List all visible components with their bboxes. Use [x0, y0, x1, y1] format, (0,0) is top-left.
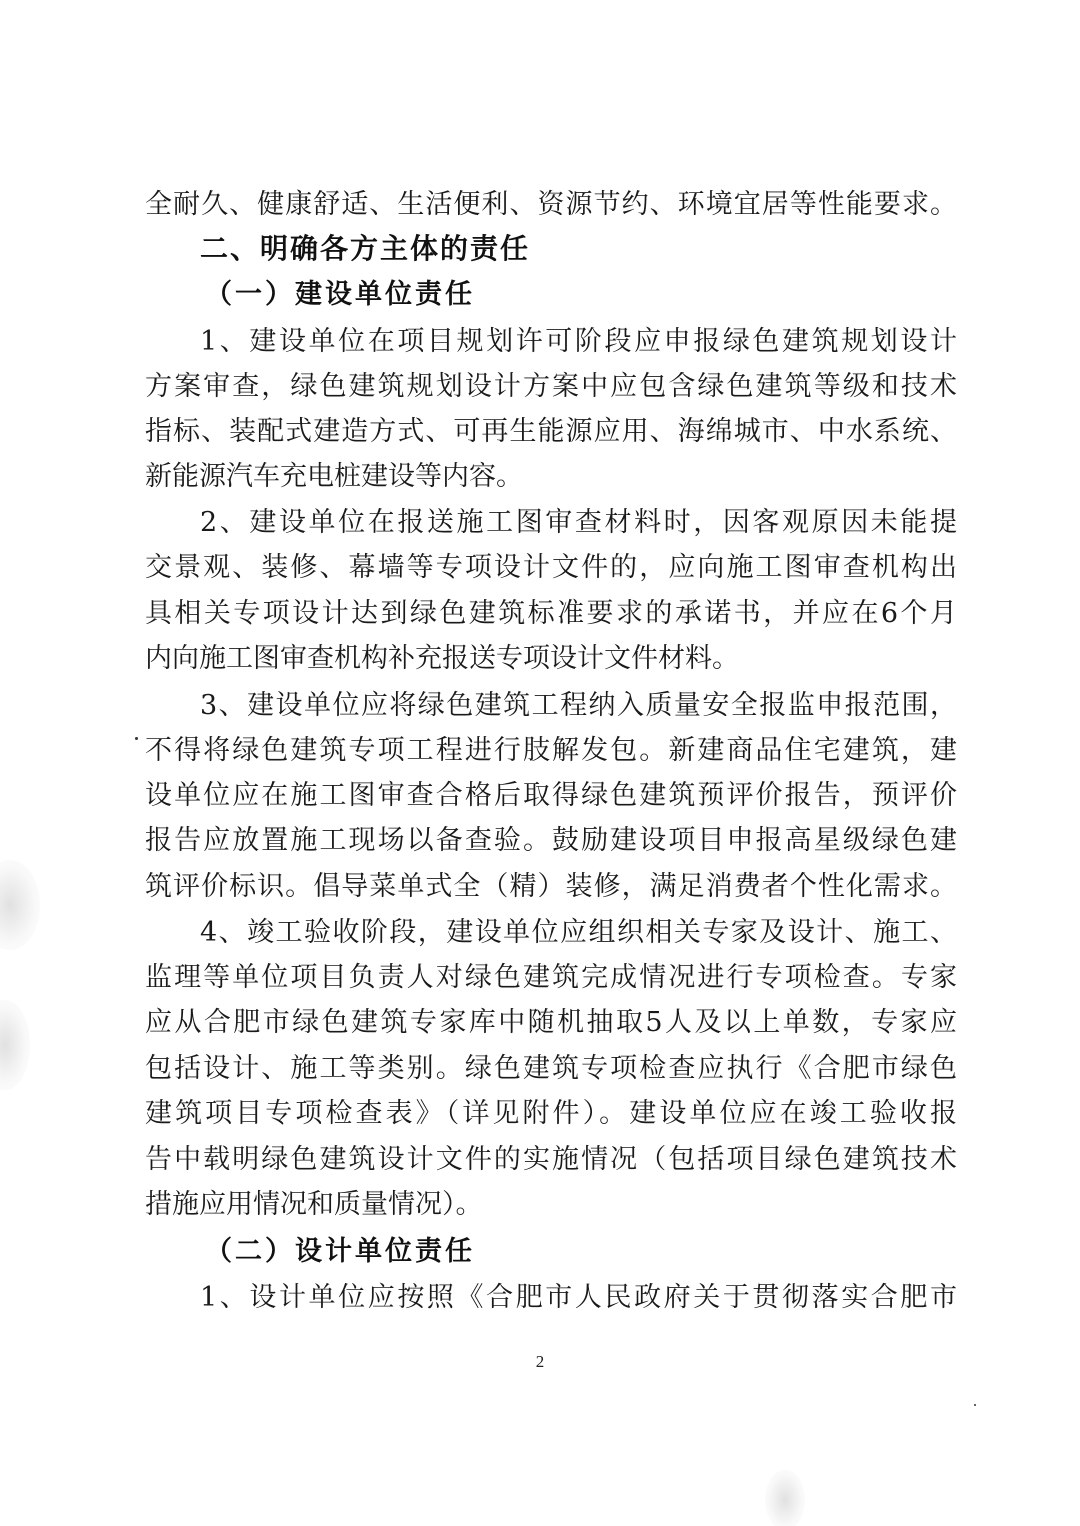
paragraph-line: 告中载明绿色建筑设计文件的实施情况（包括项目绿色建筑技术: [145, 1137, 957, 1182]
paragraph-line: 建筑项目专项检查表》（详见附件）。建设单位应在竣工验收报: [145, 1091, 957, 1136]
paragraph-line: 新能源汽车充电桩建设等内容。: [145, 454, 957, 499]
scan-smudge: [765, 1470, 805, 1526]
paragraph-line: 具相关专项设计达到绿色建筑标准要求的承诺书，并应在6个月: [145, 591, 957, 636]
scan-smudge: [0, 1000, 30, 1090]
paragraph-line: 筑评价标识。倡导菜单式全（精）装修，满足消费者个性化需求。: [145, 864, 957, 909]
paragraph-line: 全耐久、健康舒适、生活便利、资源节约、环境宜居等性能要求。: [145, 182, 957, 227]
scan-speck: [974, 1404, 976, 1406]
section-heading: 二、明确各方主体的责任: [200, 226, 530, 271]
subsection-heading: （二）设计单位责任: [205, 1229, 475, 1274]
paragraph-line: 3、建设单位应将绿色建筑工程纳入质量安全报监申报范围，: [200, 683, 957, 728]
paragraph-line: 2、建设单位在报送施工图审查材料时，因客观原因未能提: [200, 500, 957, 545]
paragraph-line: 设单位应在施工图审查合格后取得绿色建筑预评价报告，预评价: [145, 773, 957, 818]
paragraph-line: 交景观、装修、幕墙等专项设计文件的，应向施工图审查机构出: [145, 545, 957, 590]
paragraph-line: 包括设计、施工等类别。绿色建筑专项检查应执行《合肥市绿色: [145, 1046, 957, 1091]
paragraph-line: 1、建设单位在项目规划许可阶段应申报绿色建筑规划设计: [200, 319, 957, 364]
paragraph-line: 4、竣工验收阶段，建设单位应组织相关专家及设计、施工、: [200, 910, 957, 955]
paragraph-line: 指标、装配式建造方式、可再生能源应用、海绵城市、中水系统、: [145, 409, 957, 454]
scan-smudge: [0, 860, 40, 950]
paragraph-line: 方案审查，绿色建筑规划设计方案中应包含绿色建筑等级和技术: [145, 364, 957, 409]
page-number: 2: [530, 1352, 550, 1372]
document-page: 全耐久、健康舒适、生活便利、资源节约、环境宜居等性能要求。二、明确各方主体的责任…: [0, 0, 1080, 1526]
scan-speck: [135, 737, 138, 740]
paragraph-line: 报告应放置施工现场以备查验。鼓励建设项目申报高星级绿色建: [145, 818, 957, 863]
subsection-heading: （一）建设单位责任: [205, 272, 475, 317]
paragraph-line: 措施应用情况和质量情况）。: [145, 1182, 957, 1227]
paragraph-line: 监理等单位项目负责人对绿色建筑完成情况进行专项检查。专家: [145, 955, 957, 1000]
paragraph-line: 内向施工图审查机构补充报送专项设计文件材料。: [145, 636, 957, 681]
paragraph-line: 不得将绿色建筑专项工程进行肢解发包。新建商品住宅建筑，建: [145, 728, 957, 773]
paragraph-line: 1、设计单位应按照《合肥市人民政府关于贯彻落实合肥市: [200, 1275, 957, 1320]
paragraph-line: 应从合肥市绿色建筑专家库中随机抽取5人及以上单数，专家应: [145, 1000, 957, 1045]
